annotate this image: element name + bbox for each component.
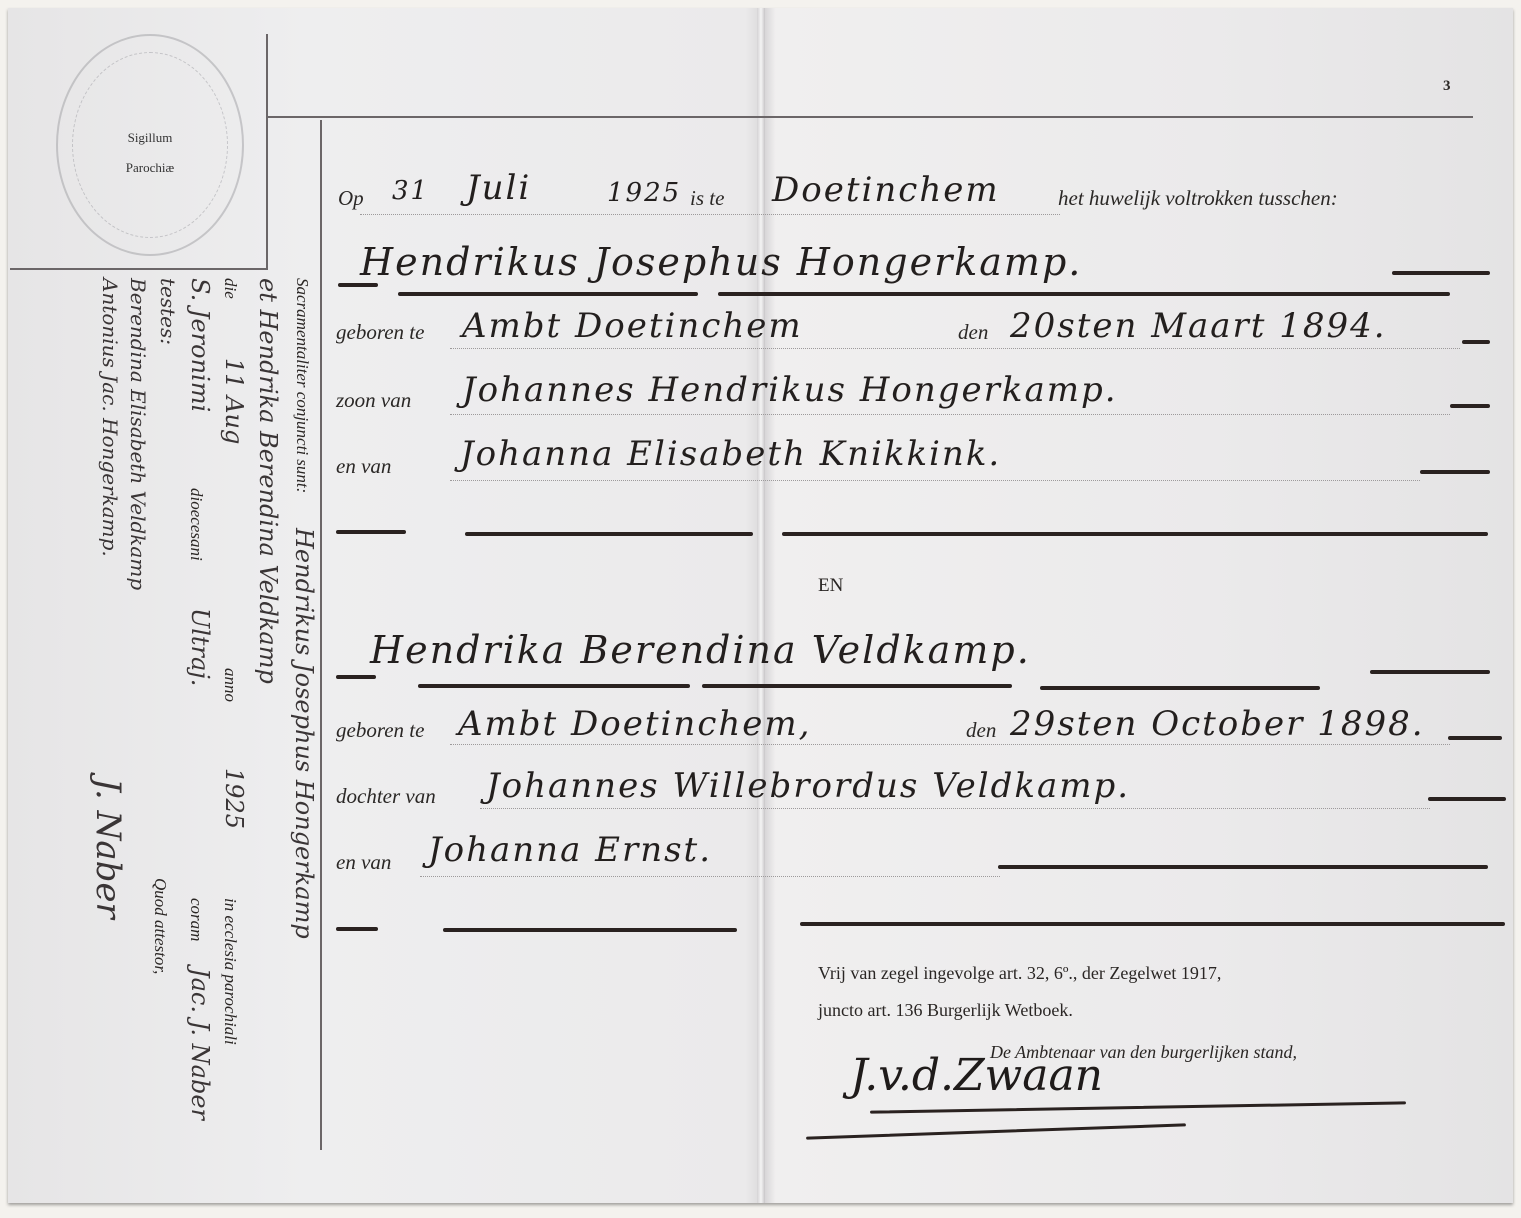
underline <box>702 684 1012 688</box>
church-parish: S. Jeronimi <box>186 278 214 412</box>
label-testes: testes: <box>156 278 180 345</box>
official-signature: J.v.d.Zwaan <box>850 1050 1103 1101</box>
church-day: 11 Aug <box>220 358 248 444</box>
underline <box>398 292 698 296</box>
underline <box>336 675 376 679</box>
church-witness-2: Antonius Jac. Hongerkamp. <box>98 278 122 557</box>
label-dochter-van: dochter van <box>336 784 436 809</box>
groom-father: Johannes Hendrikus Hongerkamp. <box>462 370 1118 410</box>
underline <box>1462 340 1490 344</box>
label-is-te: is te <box>690 186 724 211</box>
dotted-line <box>450 348 1460 349</box>
bride-birth-date: 29sten October 1898. <box>1010 704 1425 744</box>
underline <box>1450 404 1490 408</box>
seal-label-sigillum: Sigillum <box>58 130 242 146</box>
underline <box>1392 271 1490 275</box>
church-priest: Jac. J. Naber <box>186 968 214 1120</box>
parish-seal: Sigillum Parochiæ <box>56 34 244 256</box>
church-bride: et Hendrika Berendina Veldkamp <box>254 278 282 684</box>
label-en-van: en van <box>336 454 391 479</box>
underline <box>465 532 753 536</box>
label-en-van: en van <box>336 850 391 875</box>
label-den: den <box>958 320 988 345</box>
underline <box>1428 797 1506 801</box>
label-anno: anno <box>220 668 240 702</box>
stamp-exemption-line2: juncto art. 136 Burgerlijk Wetboek. <box>818 1000 1073 1021</box>
underline <box>418 684 690 688</box>
underline <box>800 922 1505 926</box>
underline <box>443 928 737 932</box>
label-quod-attestor: Quod attestor, <box>150 878 170 974</box>
underline <box>1040 292 1450 296</box>
dotted-line <box>450 480 1420 481</box>
bride-father: Johannes Willebrordus Veldkamp. <box>486 766 1130 806</box>
label-die: die <box>220 278 240 299</box>
rule-seal-right <box>266 34 268 270</box>
marriage-year: 1925 <box>607 178 681 208</box>
label-coram: coram <box>186 898 206 941</box>
underline <box>336 927 378 931</box>
dotted-line <box>420 876 1000 877</box>
label-dioecesani: dioecesani <box>186 488 206 561</box>
church-year: 1925 <box>220 768 248 829</box>
seal-label-parochiae: Parochiæ <box>58 160 242 176</box>
marriage-day: 31 <box>392 176 429 206</box>
label-den: den <box>966 718 996 743</box>
groom-birth-date: 20sten Maart 1894. <box>1010 306 1387 346</box>
underline <box>1370 670 1490 674</box>
bride-birth-place: Ambt Doetinchem, <box>458 704 811 744</box>
conjunction-en: EN <box>818 575 843 597</box>
rule-seal-bottom <box>10 268 268 270</box>
dotted-line <box>450 414 1450 415</box>
label-sacramentaliter: Sacramentaliter conjuncti sunt: <box>292 278 312 493</box>
dotted-line <box>480 808 1430 809</box>
label-in-ecclesia: in ecclesia parochiali <box>220 898 240 1045</box>
label-zoon-van: zoon van <box>336 388 411 413</box>
dotted-line <box>450 744 1450 745</box>
church-diocese: Ultraj. <box>186 608 214 686</box>
groom-birth-place: Ambt Doetinchem <box>462 306 803 346</box>
underline <box>336 530 406 534</box>
underline <box>1420 470 1490 474</box>
marriage-place: Doetinchem <box>772 170 1000 210</box>
label-tusschen: het huwelijk voltrokken tusschen: <box>1058 186 1338 211</box>
bride-name: Hendrika Berendina Veldkamp. <box>370 628 1031 672</box>
rule-header-bottom <box>268 116 1473 118</box>
underline <box>1448 736 1502 740</box>
groom-mother: Johanna Elisabeth Knikkink. <box>460 434 1001 474</box>
rule-vertical-col <box>320 120 322 1150</box>
stamp-exemption-line1: Vrij van zegel ingevolge art. 32, 6º., d… <box>818 963 1221 984</box>
marriage-month: Juli <box>466 168 531 208</box>
dotted-line <box>360 214 1060 215</box>
groom-name: Hendrikus Josephus Hongerkamp. <box>360 240 1082 284</box>
page-number: 3 <box>1443 78 1451 95</box>
underline <box>1040 686 1320 690</box>
label-geboren-te: geboren te <box>336 718 424 743</box>
label-geboren-te: geboren te <box>336 320 424 345</box>
underline <box>782 532 1488 536</box>
underline <box>998 865 1488 869</box>
bride-mother: Johanna Ernst. <box>428 830 712 870</box>
church-groom: Hendrikus Josephus Hongerkamp <box>290 528 318 939</box>
church-witness-1: Berendina Elisabeth Veldkamp <box>126 278 150 590</box>
booklet-fold <box>757 8 765 1203</box>
priest-signature: J. Naber <box>88 778 128 919</box>
label-op: Op <box>338 186 364 211</box>
